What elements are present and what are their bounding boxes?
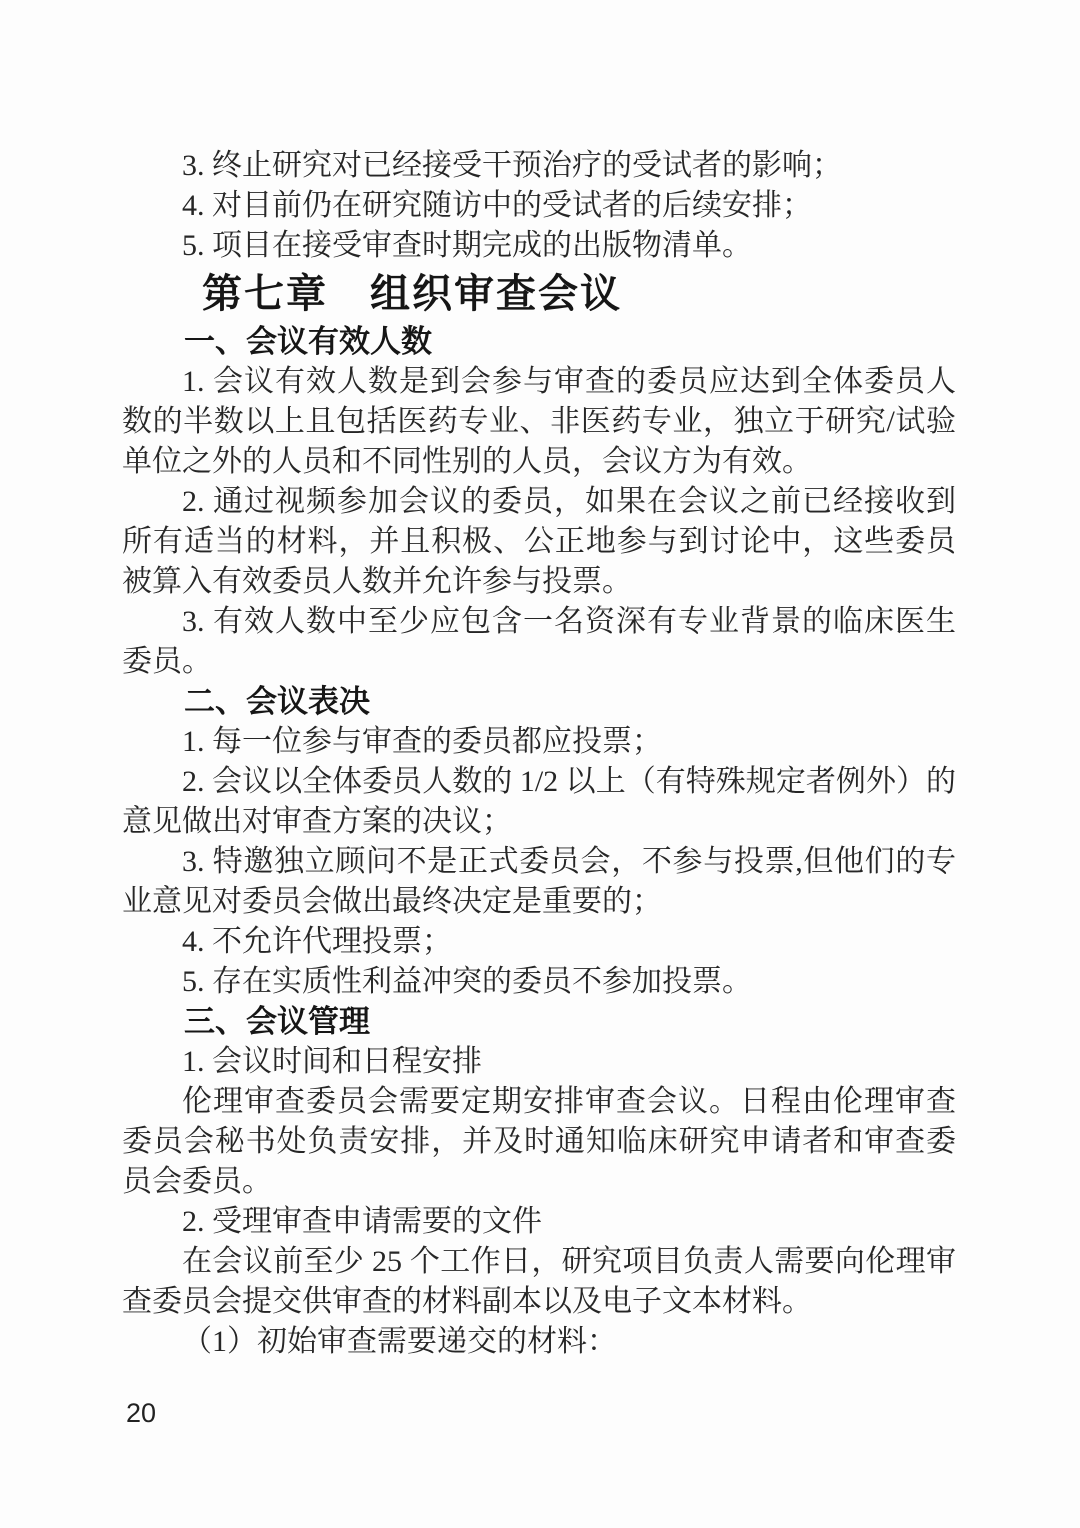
- paragraph: 3. 有效人数中至少应包含一名资深有专业背景的临床医生委员。: [122, 602, 956, 682]
- paragraph: 1. 会议有效人数是到会参与审查的委员应达到全体委员人数的半数以上且包括医药专业…: [122, 362, 956, 482]
- text-block: 3. 终止研究对已经接受干预治疗的受试者的影响； 4. 对目前仍在研究随访中的受…: [122, 146, 956, 1362]
- page-number: 20: [126, 1398, 156, 1429]
- paragraph: 1. 会议时间和日程安排: [122, 1042, 956, 1082]
- paragraph: 3. 特邀独立顾问不是正式委员会，不参与投票,但他们的专业意见对委员会做出最终决…: [122, 842, 956, 922]
- list-item: 3. 终止研究对已经接受干预治疗的受试者的影响；: [122, 146, 956, 186]
- paragraph: （1）初始审查需要递交的材料：: [122, 1322, 956, 1362]
- document-page: 3. 终止研究对已经接受干预治疗的受试者的影响； 4. 对目前仍在研究随访中的受…: [0, 0, 1080, 1528]
- section-heading-meeting-management: 三、会议管理: [122, 1002, 956, 1042]
- paragraph: 2. 受理审查申请需要的文件: [122, 1202, 956, 1242]
- section-heading-meeting-quorum: 一、会议有效人数: [122, 322, 956, 362]
- chapter-title: 第七章 组织审查会议: [122, 266, 956, 322]
- paragraph: 2. 通过视频参加会议的委员，如果在会议之前已经接收到所有适当的材料，并且积极、…: [122, 482, 956, 602]
- paragraph: 4. 不允许代理投票；: [122, 922, 956, 962]
- list-item: 4. 对目前仍在研究随访中的受试者的后续安排；: [122, 186, 956, 226]
- paragraph: 5. 存在实质性利益冲突的委员不参加投票。: [122, 962, 956, 1002]
- list-item: 5. 项目在接受审查时期完成的出版物清单。: [122, 226, 956, 266]
- paragraph: 伦理审查委员会需要定期安排审查会议。日程由伦理审查委员会秘书处负责安排，并及时通…: [122, 1082, 956, 1202]
- paragraph: 1. 每一位参与审查的委员都应投票；: [122, 722, 956, 762]
- paragraph: 2. 会议以全体委员人数的 1/2 以上（有特殊规定者例外）的意见做出对审查方案…: [122, 762, 956, 842]
- paragraph: 在会议前至少 25 个工作日，研究项目负责人需要向伦理审查委员会提交供审查的材料…: [122, 1242, 956, 1322]
- section-heading-meeting-voting: 二、会议表决: [122, 682, 956, 722]
